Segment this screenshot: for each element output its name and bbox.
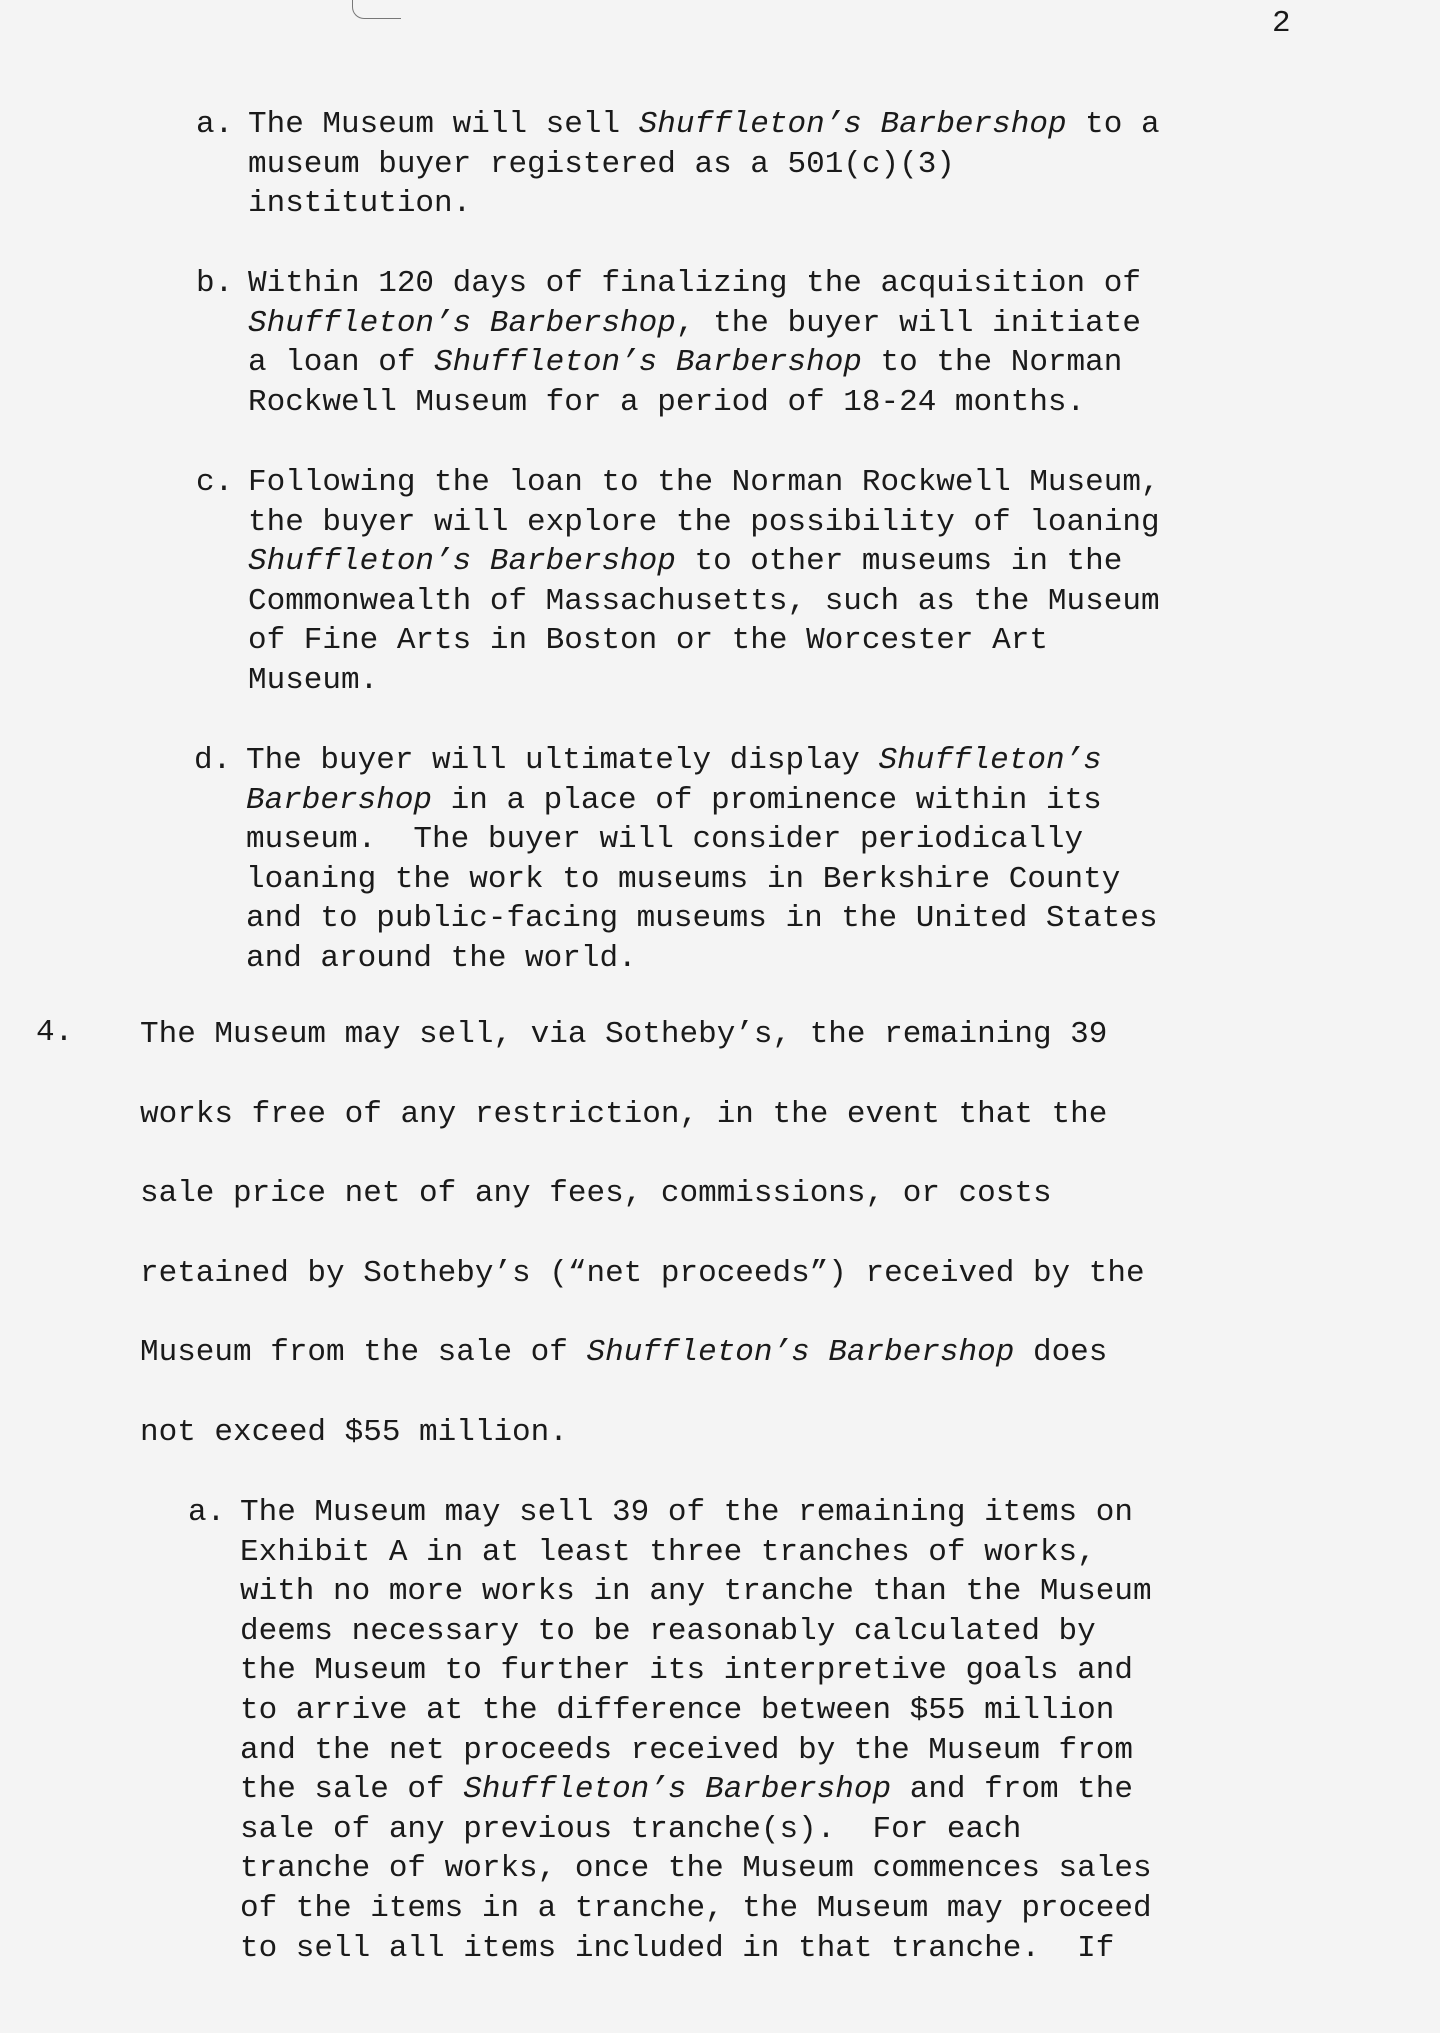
text-line: and around the world.	[246, 939, 1158, 979]
text-line: The Museum may sell 39 of the remaining …	[240, 1493, 1152, 1533]
text-line: Rockwell Museum for a period of 18-24 mo…	[248, 383, 1141, 423]
text-run: and the net proceeds received by the Mus…	[240, 1733, 1133, 1768]
page-number: 2	[1272, 4, 1291, 44]
text-line: institution.	[248, 184, 1160, 224]
item-text: The Museum may sell 39 of the remaining …	[240, 1493, 1152, 1968]
text-run: does	[1014, 1335, 1107, 1370]
text-run: sale of any previous tranche(s). For eac…	[240, 1812, 1021, 1847]
item-text: The Museum will sell Shuffleton’s Barber…	[248, 105, 1160, 224]
scan-artifact-mark	[352, 0, 401, 19]
text-run: Following the loan to the Norman Rockwel…	[248, 465, 1160, 500]
text-run: with no more works in any tranche than t…	[240, 1574, 1152, 1609]
item-marker: a.	[188, 1493, 225, 1533]
item-3c: c. Following the loan to the Norman Rock…	[196, 463, 270, 621]
text-run: and around the world.	[246, 941, 637, 976]
item-marker: a.	[196, 105, 233, 145]
text-line: works free of any restriction, in the ev…	[140, 1095, 1145, 1175]
text-run: in a place of prominence within its	[432, 783, 1102, 818]
text-run: The buyer will ultimately display	[246, 743, 879, 778]
text-run: retained by Sotheby’s (“net proceeds”) r…	[140, 1256, 1145, 1291]
text-line: The Museum will sell Shuffleton’s Barber…	[248, 105, 1160, 145]
text-line: Barbershop in a place of prominence with…	[246, 781, 1158, 821]
text-run: The Museum may sell 39 of the remaining …	[240, 1495, 1133, 1530]
text-run: Commonwealth of Massachusetts, such as t…	[248, 584, 1160, 619]
paragraph-number: 4.	[36, 1015, 73, 1050]
text-line: deems necessary to be reasonably calcula…	[240, 1612, 1152, 1652]
text-line: and the net proceeds received by the Mus…	[240, 1731, 1152, 1771]
text-run: the sale of	[240, 1772, 463, 1807]
item-marker: c.	[196, 463, 233, 503]
text-run: institution.	[248, 186, 471, 221]
text-run: to the Norman	[862, 345, 1122, 380]
paragraph-4: 4. The Museum may sell, via Sotheby’s, t…	[36, 1015, 110, 1155]
artwork-title: Shuffleton’s Barbershop	[248, 544, 676, 579]
text-line: museum. The buyer will consider periodic…	[246, 820, 1158, 860]
text-line: Shuffleton’s Barbershop, the buyer will …	[248, 304, 1141, 344]
text-run: Within 120 days of finalizing the acquis…	[248, 266, 1141, 301]
text-line: and to public-facing museums in the Unit…	[246, 899, 1158, 939]
text-run: , the buyer will initiate	[676, 306, 1141, 341]
text-run: a loan of	[248, 345, 434, 380]
text-line: tranche of works, once the Museum commen…	[240, 1849, 1152, 1889]
item-marker: d.	[194, 741, 231, 781]
text-line: Museum from the sale of Shuffleton’s Bar…	[140, 1333, 1145, 1413]
text-run: The Museum may sell, via Sotheby’s, the …	[140, 1017, 1107, 1052]
text-line: Following the loan to the Norman Rockwel…	[248, 463, 1160, 503]
text-line: The buyer will ultimately display Shuffl…	[246, 741, 1158, 781]
text-line: museum buyer registered as a 501(c)(3)	[248, 145, 1160, 185]
item-3d: d. The buyer will ultimately display Shu…	[194, 741, 268, 899]
text-run: museum. The buyer will consider periodic…	[246, 822, 1083, 857]
text-run: loaning the work to museums in Berkshire…	[246, 862, 1120, 897]
artwork-title: Shuffleton’s Barbershop	[639, 107, 1067, 142]
text-run: works free of any restriction, in the ev…	[140, 1097, 1107, 1132]
item-text: The buyer will ultimately display Shuffl…	[246, 741, 1158, 979]
text-run: the Museum to further its interpretive g…	[240, 1653, 1133, 1688]
text-run: Museum.	[248, 663, 378, 698]
text-line: loaning the work to museums in Berkshire…	[246, 860, 1158, 900]
text-line: sale of any previous tranche(s). For eac…	[240, 1810, 1152, 1850]
artwork-title: Shuffleton’s Barbershop	[586, 1335, 1014, 1370]
text-line: Exhibit A in at least three tranches of …	[240, 1533, 1152, 1573]
text-run: to arrive at the difference between $55 …	[240, 1693, 1114, 1728]
text-run: The Museum will sell	[248, 107, 639, 142]
text-line: a loan of Shuffleton’s Barbershop to the…	[248, 343, 1141, 383]
text-line: The Museum may sell, via Sotheby’s, the …	[140, 1015, 1145, 1095]
text-run: Rockwell Museum for a period of 18-24 mo…	[248, 385, 1085, 420]
artwork-title: Shuffleton’s Barbershop	[434, 345, 862, 380]
document-page: 2 a. The Museum will sell Shuffleton’s B…	[0, 0, 1440, 2033]
item-text: Within 120 days of finalizing the acquis…	[248, 264, 1141, 422]
item-marker: b.	[196, 264, 233, 304]
text-run: deems necessary to be reasonably calcula…	[240, 1614, 1096, 1649]
text-line: to sell all items included in that tranc…	[240, 1929, 1152, 1969]
text-line: of Fine Arts in Boston or the Worcester …	[248, 621, 1160, 661]
text-run: tranche of works, once the Museum commen…	[240, 1851, 1152, 1886]
item-4a: a. The Museum may sell 39 of the remaini…	[188, 1493, 262, 1651]
text-line: the Museum to further its interpretive g…	[240, 1651, 1152, 1691]
artwork-title: Barbershop	[246, 783, 432, 818]
text-line: to arrive at the difference between $55 …	[240, 1691, 1152, 1731]
text-run: Exhibit A in at least three tranches of …	[240, 1535, 1096, 1570]
text-run: of the items in a tranche, the Museum ma…	[240, 1891, 1152, 1926]
text-line: retained by Sotheby’s (“net proceeds”) r…	[140, 1254, 1145, 1334]
text-line: Within 120 days of finalizing the acquis…	[248, 264, 1141, 304]
text-line: sale price net of any fees, commissions,…	[140, 1174, 1145, 1254]
text-run: to sell all items included in that tranc…	[240, 1931, 1114, 1966]
text-run: and to public-facing museums in the Unit…	[246, 901, 1158, 936]
text-line: the sale of Shuffleton’s Barbershop and …	[240, 1770, 1152, 1810]
text-line: Shuffleton’s Barbershop to other museums…	[248, 542, 1160, 582]
text-run: not exceed $55 million.	[140, 1415, 568, 1450]
text-line: with no more works in any tranche than t…	[240, 1572, 1152, 1612]
item-3b: b. Within 120 days of finalizing the acq…	[196, 264, 270, 422]
text-run: and from the	[891, 1772, 1133, 1807]
text-line: Commonwealth of Massachusetts, such as t…	[248, 582, 1160, 622]
text-run: to a	[1067, 107, 1160, 142]
text-run: to other museums in the	[676, 544, 1122, 579]
artwork-title: Shuffleton’s	[879, 743, 1102, 778]
text-run: of Fine Arts in Boston or the Worcester …	[248, 623, 1048, 658]
text-line: the buyer will explore the possibility o…	[248, 503, 1160, 543]
text-run: museum buyer registered as a 501(c)(3)	[248, 147, 955, 182]
text-line: of the items in a tranche, the Museum ma…	[240, 1889, 1152, 1929]
paragraph-text: The Museum may sell, via Sotheby’s, the …	[140, 1015, 1145, 1492]
text-run: the buyer will explore the possibility o…	[248, 505, 1160, 540]
item-3a: a. The Museum will sell Shuffleton’s Bar…	[196, 105, 270, 263]
item-text: Following the loan to the Norman Rockwel…	[248, 463, 1160, 701]
text-run: sale price net of any fees, commissions,…	[140, 1176, 1052, 1211]
text-line: not exceed $55 million.	[140, 1413, 1145, 1493]
text-line: Museum.	[248, 661, 1160, 701]
artwork-title: Shuffleton’s Barbershop	[248, 306, 676, 341]
artwork-title: Shuffleton’s Barbershop	[463, 1772, 891, 1807]
text-run: Museum from the sale of	[140, 1335, 586, 1370]
